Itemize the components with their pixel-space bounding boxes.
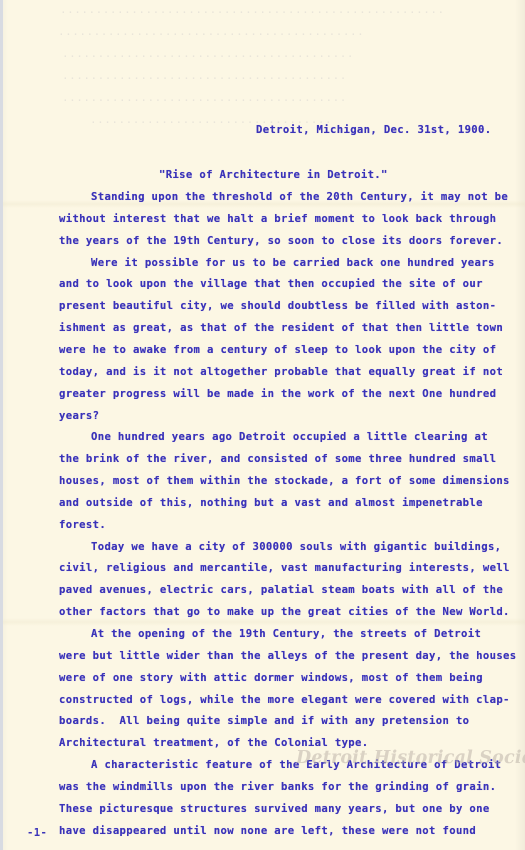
body-line: were of one story with attic dormer wind… — [59, 671, 483, 685]
body-line: forest. — [59, 518, 106, 532]
body-line: boards. All being quite simple and if wi… — [59, 714, 469, 728]
body-line: ishment as great, as that of the residen… — [59, 321, 503, 335]
body-line: the years of the 19th Century, so soon t… — [59, 234, 503, 248]
watermark: Detroit Historical Society — [296, 748, 525, 768]
page-number: -1- — [27, 827, 47, 839]
body-line: paved avenues, electric cars, palatial s… — [59, 583, 503, 597]
body-line: civil, religious and mercantile, vast ma… — [59, 561, 510, 575]
body-line: was the windmills upon the river banks f… — [59, 780, 496, 794]
body-line: One hundred years ago Detroit occupied a… — [91, 430, 488, 444]
document-title: "Rise of Architecture in Detroit." — [159, 168, 388, 182]
body-line: were he to awake from a century of sleep… — [59, 343, 496, 357]
document-page: ........................................… — [0, 0, 525, 850]
body-line: and outside of this, nothing but a vast … — [59, 496, 483, 510]
body-line: greater progress will be made in the wor… — [59, 387, 496, 401]
body-line: other factors that go to make up the gre… — [59, 605, 510, 619]
body-line: Were it possible for us to be carried ba… — [91, 256, 495, 270]
bleed-through-text: ........................................… — [0, 0, 525, 125]
dateline: Detroit, Michigan, Dec. 31st, 1900. — [256, 123, 491, 137]
body-line: and to look upon the village that then o… — [59, 277, 483, 291]
body-line: houses, most of them within the stockade… — [59, 474, 510, 488]
body-line: Standing upon the threshold of the 20th … — [91, 190, 508, 204]
body-line: were but little wider than the alleys of… — [59, 649, 517, 663]
body-line: today, and is it not altogether probable… — [59, 365, 503, 379]
body-line: have disappeared until now none are left… — [59, 824, 476, 838]
body-line: Today we have a city of 300000 souls wit… — [91, 540, 501, 554]
body-line: constructed of logs, while the more eleg… — [59, 693, 510, 707]
body-line: years? — [59, 409, 99, 423]
body-line: These picturesque structures survived ma… — [59, 802, 490, 816]
body-line: without interest that we halt a brief mo… — [59, 212, 496, 226]
body-line: the brink of the river, and consisted of… — [59, 452, 496, 466]
scan-edge — [0, 0, 3, 850]
body-line: At the opening of the 19th Century, the … — [91, 627, 481, 641]
body-line: present beautiful city, we should doubtl… — [59, 299, 496, 313]
